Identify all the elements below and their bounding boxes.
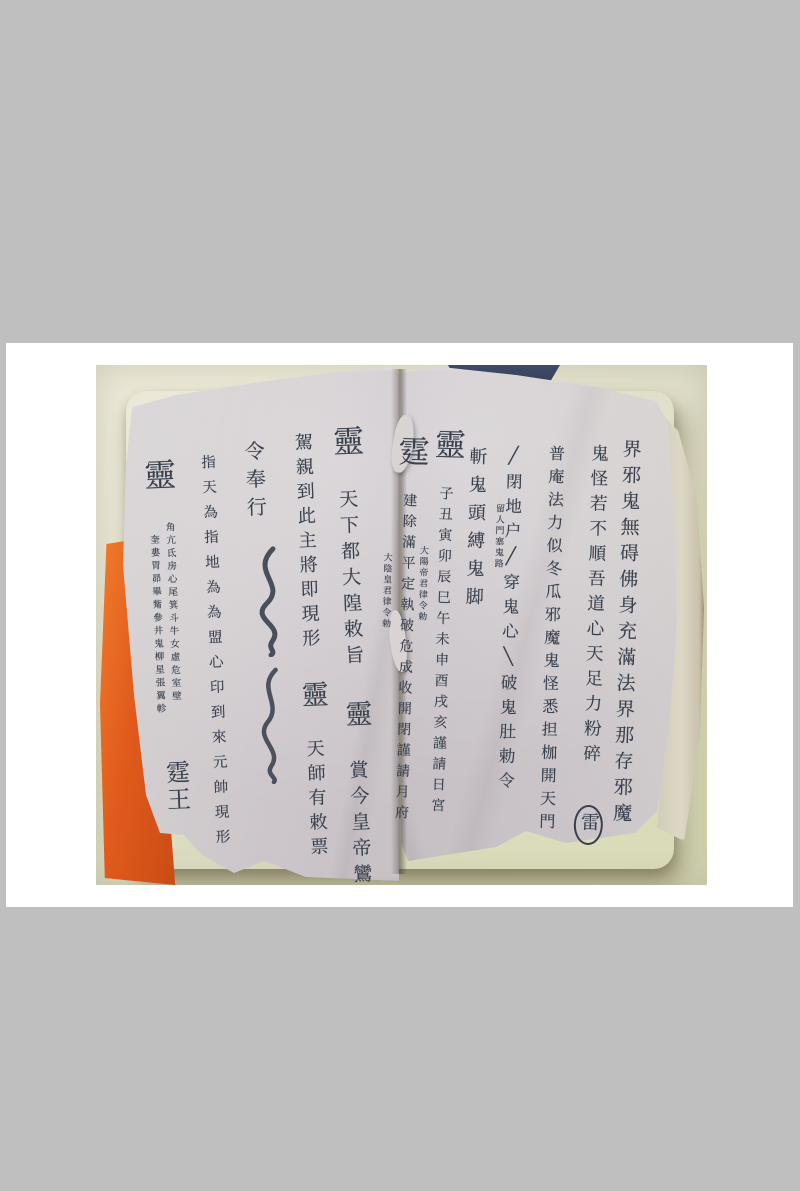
column-text: 賞今皇帝鸞	[346, 759, 373, 885]
photo-mat: 界邪鬼無碍佛身充滿法界那存邪魔 鬼怪若不順吾道心天足力粉碎 雷 普庵法力似冬瓜邪…	[6, 343, 793, 907]
column-text: 指天為指地為為盟心印到來元帥現形	[199, 454, 230, 854]
column-text: 駕親到此主將即現形	[292, 432, 321, 653]
manuscript-photo: 界邪鬼無碍佛身充滿法界那存邪魔 鬼怪若不順吾道心天足力粉碎 雷 普庵法力似冬瓜邪…	[96, 365, 707, 885]
brush-flourish-icon	[239, 544, 295, 658]
brush-flourish-icon	[247, 665, 292, 784]
talisman-character: 靈	[340, 699, 372, 731]
lunar-mansions-right: 角亢氐房心尾箕斗牛女虛危室壁	[164, 522, 180, 704]
left-page-text: 靈 天下都大隍敕旨 靈 賞今皇帝鸞 駕親到此主將即現形 靈 天師有敕票 令奉行 …	[96, 365, 707, 885]
column-text: 天下都大隍敕旨	[336, 489, 365, 672]
column-text: 天師有敕票	[303, 739, 329, 862]
talisman-character: 靈	[296, 680, 328, 712]
talisman-character: 靈	[326, 424, 363, 460]
text-column-left-2: 駕親到此主將即現形 靈 天師有敕票	[289, 432, 332, 858]
column-text: 令奉行	[241, 440, 268, 525]
talisman-character: 靈	[138, 458, 177, 495]
text-column-left-1: 靈 天下都大隍敕旨 靈 賞今皇帝鸞	[328, 424, 375, 850]
text-column-left-5: 靈 角亢氐房心尾箕斗牛女虛危室壁 奎婁胃昴畢觜參井鬼柳星張翼軫 霆王	[141, 458, 189, 869]
text-column-left-4: 指天為指地為為盟心印到來元帥現形	[199, 454, 229, 862]
page-background: 界邪鬼無碍佛身充滿法界那存邪魔 鬼怪若不順吾道心天足力粉碎 雷 普庵法力似冬瓜邪…	[0, 0, 800, 1191]
lunar-mansions-left: 奎婁胃昴畢觜參井鬼柳星張翼軫	[148, 534, 164, 716]
talisman-character: 霆王	[163, 759, 189, 814]
